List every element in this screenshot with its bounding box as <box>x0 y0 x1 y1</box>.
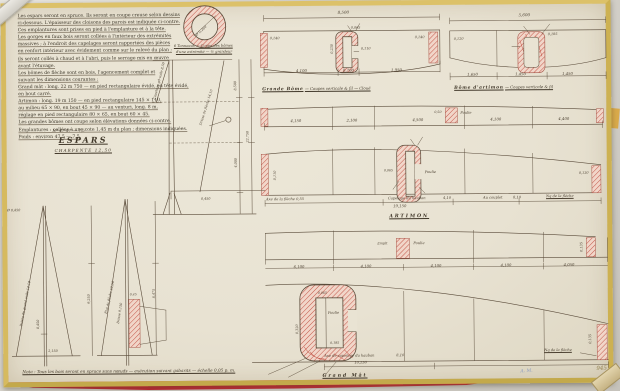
dim-label: 6,100 <box>294 265 305 269</box>
dim-label: 1,650 <box>467 73 478 77</box>
dim-label: 4,150 <box>290 119 301 123</box>
dim-label: 1,450 <box>515 72 526 76</box>
dim-label: 4,100 <box>361 264 372 268</box>
dim-label: 0,110 <box>274 171 277 181</box>
rigging-label: Capelage gd-voile 8,50 <box>153 62 166 100</box>
dim-label: 1,450 <box>562 72 573 76</box>
dim-label: 2,100 <box>346 119 357 123</box>
dim-label: 10,150 <box>354 362 367 366</box>
dim-label: 8,475 <box>152 289 155 298</box>
rigging-label: Drisse de flèche 14,10 <box>199 89 213 126</box>
dim-label: 4,100 <box>296 68 307 72</box>
part-label: Emplt <box>377 242 387 245</box>
dim-label: 0,320 <box>296 324 299 334</box>
dim-label: 0,120 <box>454 38 464 41</box>
rigging-label: Nq de la flèche <box>544 349 572 353</box>
dim-label: 0,450 <box>201 198 210 201</box>
dim-label: 22,750 <box>247 131 250 143</box>
rigging-label: Axe de la flèche 0,55 <box>266 198 304 202</box>
dim-label: 4,000 <box>234 158 237 167</box>
dim-label: 19,150 <box>393 204 406 208</box>
dim-label: 0,45 <box>130 293 137 296</box>
dim-label: 0,230 <box>331 44 334 54</box>
dim-label: 5,600 <box>519 13 530 17</box>
dim-label: 8,500 <box>338 11 349 15</box>
dim-label: 8,500 <box>234 81 237 90</box>
annotation-layer: 8,5000,1400,2300,0650,1100,1404,1000,700… <box>2 0 620 391</box>
dim-label: 4,500 <box>412 118 423 122</box>
dim-label: 0,130 <box>579 172 589 175</box>
dim-label: 4,050 <box>564 262 575 266</box>
dim-label: 0,185 <box>548 33 558 36</box>
part-label: Poulie <box>425 171 436 175</box>
dim-label: 1,950 <box>391 68 402 72</box>
rigging-label: Drisse de grand-voile 14,10 <box>20 281 32 327</box>
dim-label: 0,065 <box>318 292 327 295</box>
dim-label: 4,400 <box>558 117 569 121</box>
dim-label: 0,135 <box>589 334 592 344</box>
dim-label: 0,185 <box>330 342 339 345</box>
dim-label: 2,150 <box>48 350 57 353</box>
dim-label: 0,065 <box>351 27 361 30</box>
dim-label: 0,135 <box>580 242 583 252</box>
rigging-label: Étai de flèche 12,50 <box>105 281 115 314</box>
dim-label: 9,250 <box>88 294 91 303</box>
dim-label: 0,50 <box>434 111 441 114</box>
pencil-mark: A. M. <box>520 370 532 375</box>
dim-label: 8,10 <box>396 354 404 358</box>
rigging-label: Drisse 9,150 <box>117 303 123 324</box>
dim-label: 0,700 <box>343 68 354 72</box>
part-label: Poulie <box>413 242 424 246</box>
dim-label: 0,110 <box>361 47 371 50</box>
drawing-sheet: Les espars seront en spruce. Ils seront … <box>1 0 614 387</box>
dim-label: 4,100 <box>490 117 501 121</box>
part-label: Poulie <box>460 111 471 115</box>
dim-label: 4,100 <box>431 263 442 267</box>
dim-label: 0,140 <box>415 36 425 39</box>
dim-label: 0,065 <box>384 169 393 172</box>
rigging-label: Au couplet <box>483 196 503 200</box>
dim-label: Ø 0,450 <box>7 209 20 212</box>
dim-label: 4,10 <box>443 197 451 201</box>
dim-label: 4,100 <box>501 263 512 267</box>
dim-label: 0,450 <box>37 320 40 329</box>
dim-label: 0,140 <box>270 37 280 40</box>
dim-label: 8,10 <box>513 196 521 200</box>
rigging-label: Axe de capelage du hauban <box>324 354 374 358</box>
part-label: Poulie <box>328 312 339 316</box>
rigging-label: Capelage du hauban <box>388 197 425 201</box>
rigging-label: Nq de la flèche <box>546 195 574 199</box>
sheet-content: Les espars seront en spruce. Ils seront … <box>2 0 620 391</box>
